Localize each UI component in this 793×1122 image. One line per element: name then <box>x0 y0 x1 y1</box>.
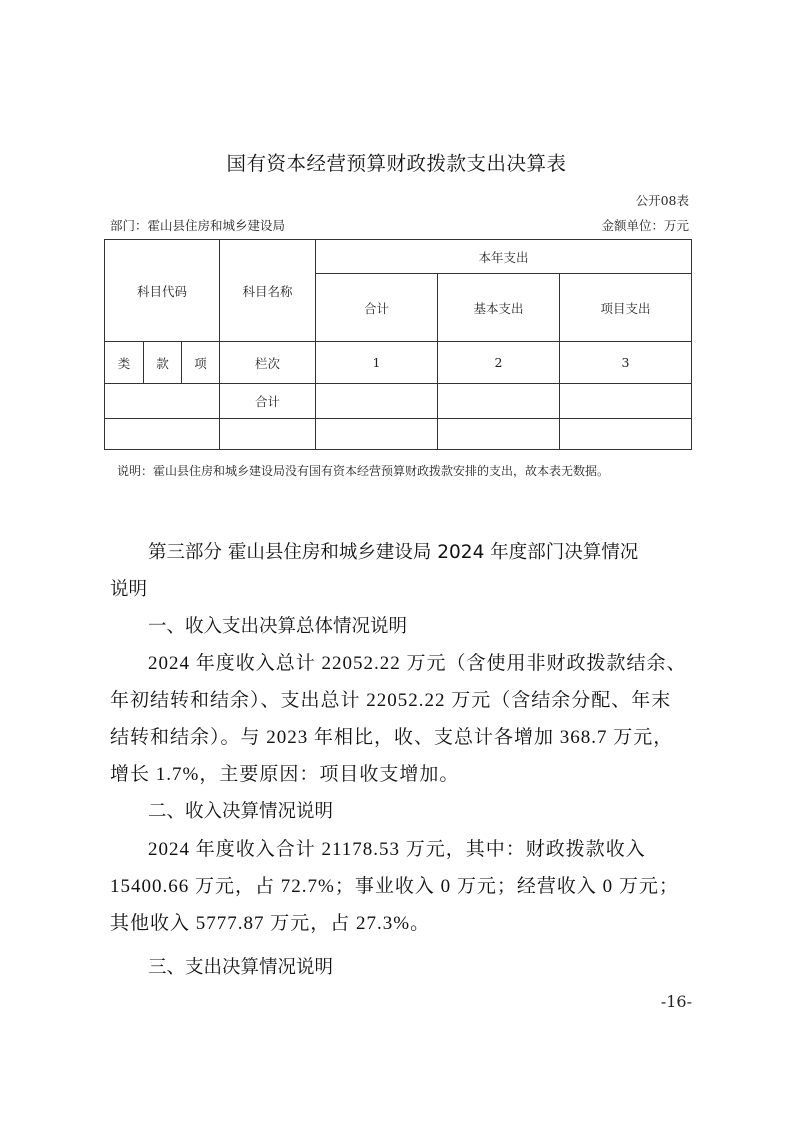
expense-table: 科目代码 科目名称 本年支出 合计 基本支出 项目支出 类 款 项 栏次 1 2… <box>104 239 692 450</box>
p1-line2: 年初结转和结余）、支出总计 22052.22 万元（含结余分配、年末 <box>110 685 671 712</box>
table-row-empty <box>105 419 692 450</box>
table-note: 说明：霍山县住房和城乡建设局没有国有资本经营预算财政拨款安排的支出，故本表无数据… <box>117 462 609 479</box>
cell-empty-code <box>105 419 220 450</box>
cell-col-2: 2 <box>438 342 560 384</box>
header-basic-expense: 基本支出 <box>438 274 560 342</box>
cell-lanci: 栏次 <box>220 342 316 384</box>
p1-line1: 2024 年度收入总计 22052.22 万元（含使用非财政拨款结余、 <box>148 648 687 675</box>
cell-lei: 类 <box>105 342 144 384</box>
p2-line2: 15400.66 万元，占 72.7%；事业收入 0 万元；经营收入 0 万元； <box>110 871 679 898</box>
cell-xiang: 项 <box>182 342 220 384</box>
cell-col-1: 1 <box>316 342 438 384</box>
heading-overall: 一、收入支出决算总体情况说明 <box>148 612 407 638</box>
p2-line1: 2024 年度收入合计 21178.53 万元，其中：财政拨款收入 <box>148 834 646 861</box>
p1-line3: 结转和结余）。与 2023 年相比，收、支总计各增加 368.7 万元， <box>110 722 673 749</box>
cell-empty-1 <box>316 419 438 450</box>
cell-total-label: 合计 <box>220 384 316 419</box>
header-current-year-expense: 本年支出 <box>316 240 692 274</box>
cell-total-3 <box>560 384 692 419</box>
p1-line4: 增长 1.7%，主要原因：项目收支增加。 <box>110 759 459 786</box>
header-total: 合计 <box>316 274 438 342</box>
p2-line3: 其他收入 5777.87 万元，占 27.3%。 <box>110 908 430 935</box>
cell-col-3: 3 <box>560 342 692 384</box>
cell-empty-name <box>220 419 316 450</box>
header-project-expense: 项目支出 <box>560 274 692 342</box>
table-row-total: 合计 <box>105 384 692 419</box>
cell-empty-2 <box>438 419 560 450</box>
cell-kuan: 款 <box>144 342 182 384</box>
table-row-index: 类 款 项 栏次 1 2 3 <box>105 342 692 384</box>
page-number: -16- <box>661 992 692 1011</box>
cell-total-code <box>105 384 220 419</box>
header-subject-code: 科目代码 <box>105 240 220 342</box>
table-title: 国有资本经营预算财政拨款支出决算表 <box>0 148 793 176</box>
cell-empty-3 <box>560 419 692 450</box>
department-label: 部门：霍山县住房和城乡建设局 <box>110 216 285 234</box>
header-subject-name: 科目名称 <box>220 240 316 342</box>
part-title-line2: 说明 <box>110 575 147 601</box>
cell-total-2 <box>438 384 560 419</box>
form-number: 公开08表 <box>636 191 689 209</box>
heading-expense: 三、支出决算情况说明 <box>148 953 333 979</box>
part-title-line1: 第三部分 霍山县住房和城乡建设局 2024 年度部门决算情况 <box>148 538 638 564</box>
cell-total-1 <box>316 384 438 419</box>
heading-income: 二、收入决算情况说明 <box>148 797 333 823</box>
unit-label: 金额单位：万元 <box>601 216 689 234</box>
